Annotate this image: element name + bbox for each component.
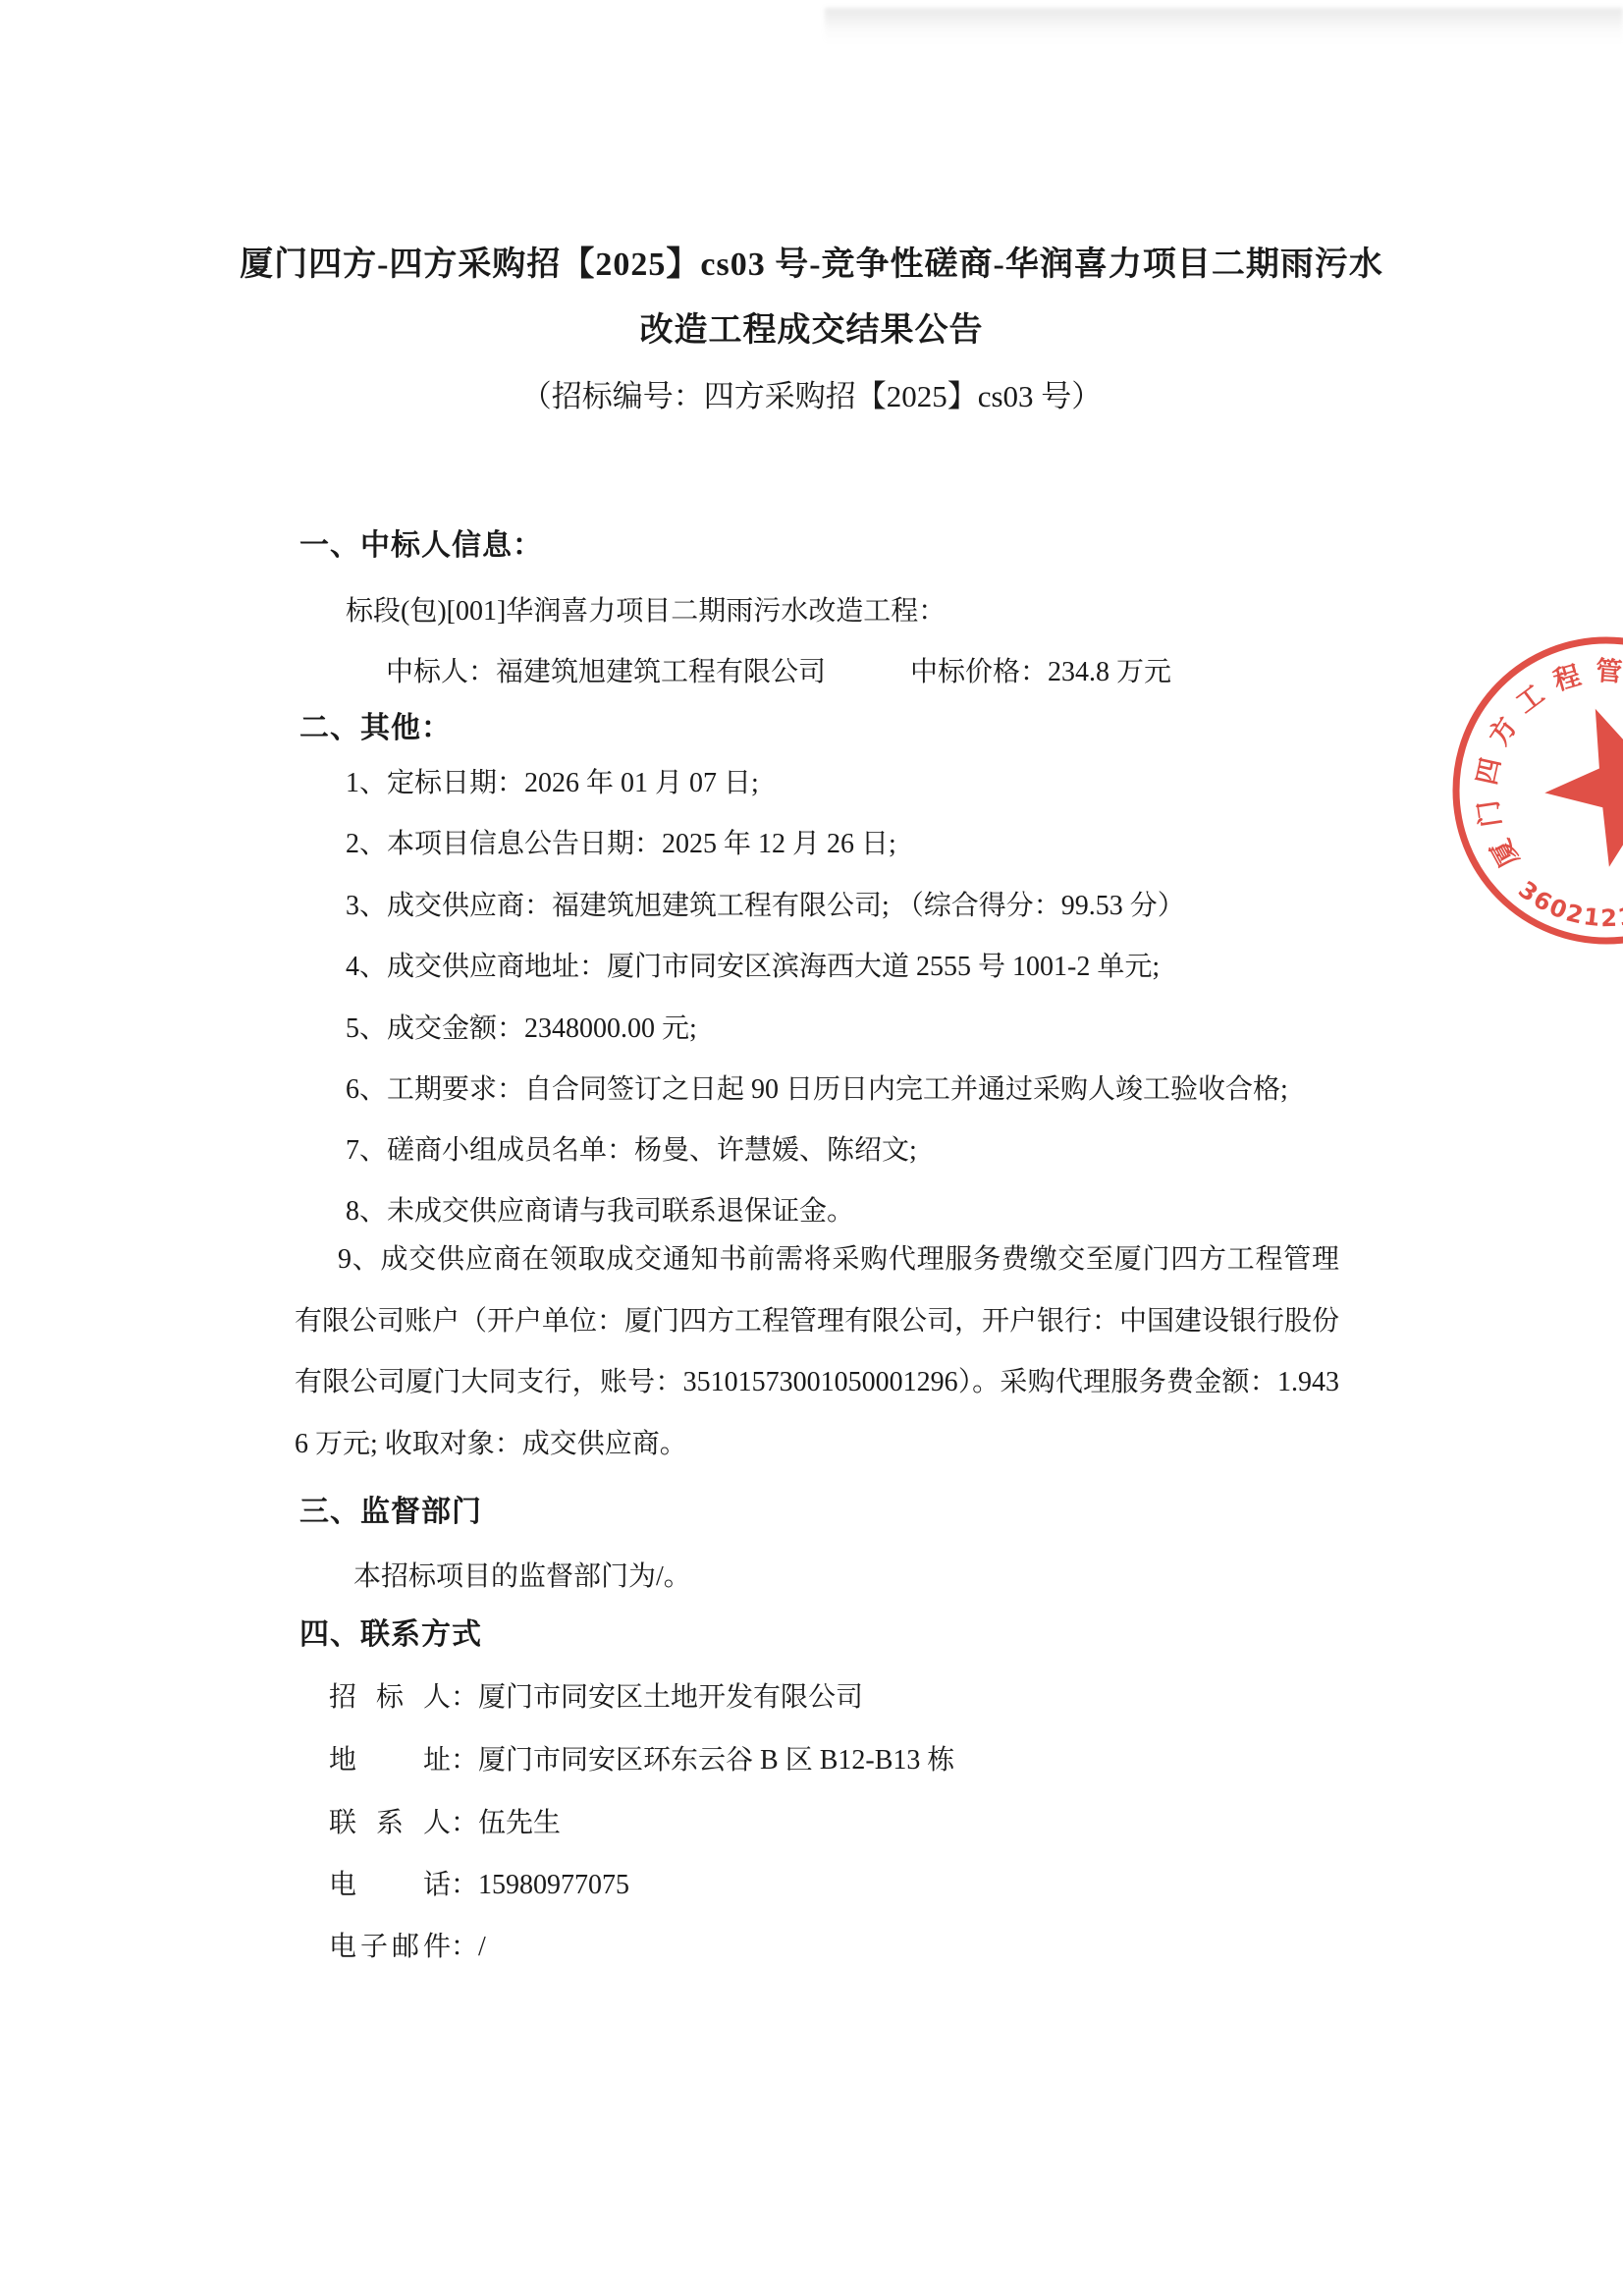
other-item-3: 3、成交供应商：福建筑旭建筑工程有限公司; （综合得分：99.53 分）: [346, 887, 1185, 926]
contact-colon: ：: [451, 1682, 478, 1713]
document-page: 厦门四方-四方采购招【2025】cs03 号-竞争性磋商-华润喜力项目二期雨污水…: [0, 0, 1623, 2296]
other-item-6: 6、工期要求：自合同签订之日起 90 日历日内完工并通过采购人竣工验收合格;: [346, 1070, 1288, 1110]
contact-row-phone: 电话：15980977075: [329, 1866, 629, 1905]
section4-heading: 四、联系方式: [299, 1615, 482, 1655]
document-title-line2: 改造工程成交结果公告: [0, 311, 1623, 351]
winner-price: 中标价格：234.8 万元: [910, 653, 1171, 692]
section2-heading: 二、其他：: [299, 709, 452, 748]
contact-value-address: 厦门市同安区环东云谷 B 区 B12-B13 栋: [478, 1745, 954, 1776]
contact-row-address: 地址：厦门市同安区环东云谷 B 区 B12-B13 栋: [329, 1741, 954, 1780]
contact-value-phone: 15980977075: [478, 1870, 629, 1900]
seal-star-icon: [1544, 709, 1623, 867]
contact-label-email: 电子邮件: [329, 1928, 451, 1967]
other-item-9-paragraph: 9、成交供应商在领取成交通知书前需将采购代理服务费缴交至厦门四方工程管理有限公司…: [295, 1230, 1339, 1475]
tender-number-subtitle: （招标编号：四方采购招【2025】cs03 号）: [0, 377, 1623, 416]
other-item-7: 7、磋商小组成员名单：杨曼、许慧媛、陈绍文;: [346, 1131, 917, 1171]
other-item-5: 5、成交金额：2348000.00 元;: [346, 1010, 697, 1049]
section3-heading: 三、监督部门: [299, 1493, 482, 1532]
scan-smudge-artifact: [825, 8, 1623, 43]
contact-label-phone: 电话: [329, 1866, 451, 1905]
contact-value-tenderer: 厦门市同安区土地开发有限公司: [478, 1682, 863, 1713]
contact-row-person: 联系人：伍先生: [329, 1804, 561, 1843]
winner-name: 中标人：福建筑旭建筑工程有限公司: [386, 653, 826, 692]
supervision-body: 本招标项目的监督部门为/。: [353, 1558, 691, 1597]
other-item-1: 1、定标日期：2026 年 01 月 07 日;: [346, 764, 759, 803]
contact-row-email: 电子邮件：/: [329, 1928, 486, 1967]
document-title-line1: 厦门四方-四方采购招【2025】cs03 号-竞争性磋商-华润喜力项目二期雨污水: [0, 246, 1623, 285]
other-item-8: 8、未成交供应商请与我司联系退保证金。: [346, 1192, 854, 1231]
contact-row-tenderer: 招标人：厦门市同安区土地开发有限公司: [329, 1678, 863, 1718]
contact-value-email: /: [478, 1932, 486, 1962]
contact-colon: ：: [451, 1870, 478, 1900]
company-seal-stamp: 厦门四方工程管理有限公司 3602121: [1430, 614, 1623, 967]
section1-heading: 一、中标人信息：: [299, 526, 543, 566]
contact-colon: ：: [451, 1932, 478, 1962]
contact-label-tenderer: 招标人: [329, 1678, 451, 1718]
contact-colon: ：: [451, 1745, 478, 1776]
contact-label-address: 地址: [329, 1741, 451, 1780]
lot-line: 标段(包)[001]华润喜力项目二期雨污水改造工程：: [346, 592, 946, 631]
contact-label-person: 联系人: [329, 1804, 451, 1843]
contact-value-person: 伍先生: [478, 1808, 561, 1838]
other-item-4: 4、成交供应商地址：厦门市同安区滨海西大道 2555 号 1001-2 单元;: [346, 948, 1160, 987]
contact-colon: ：: [451, 1808, 478, 1838]
other-item-2: 2、本项目信息公告日期：2025 年 12 月 26 日;: [346, 825, 896, 864]
